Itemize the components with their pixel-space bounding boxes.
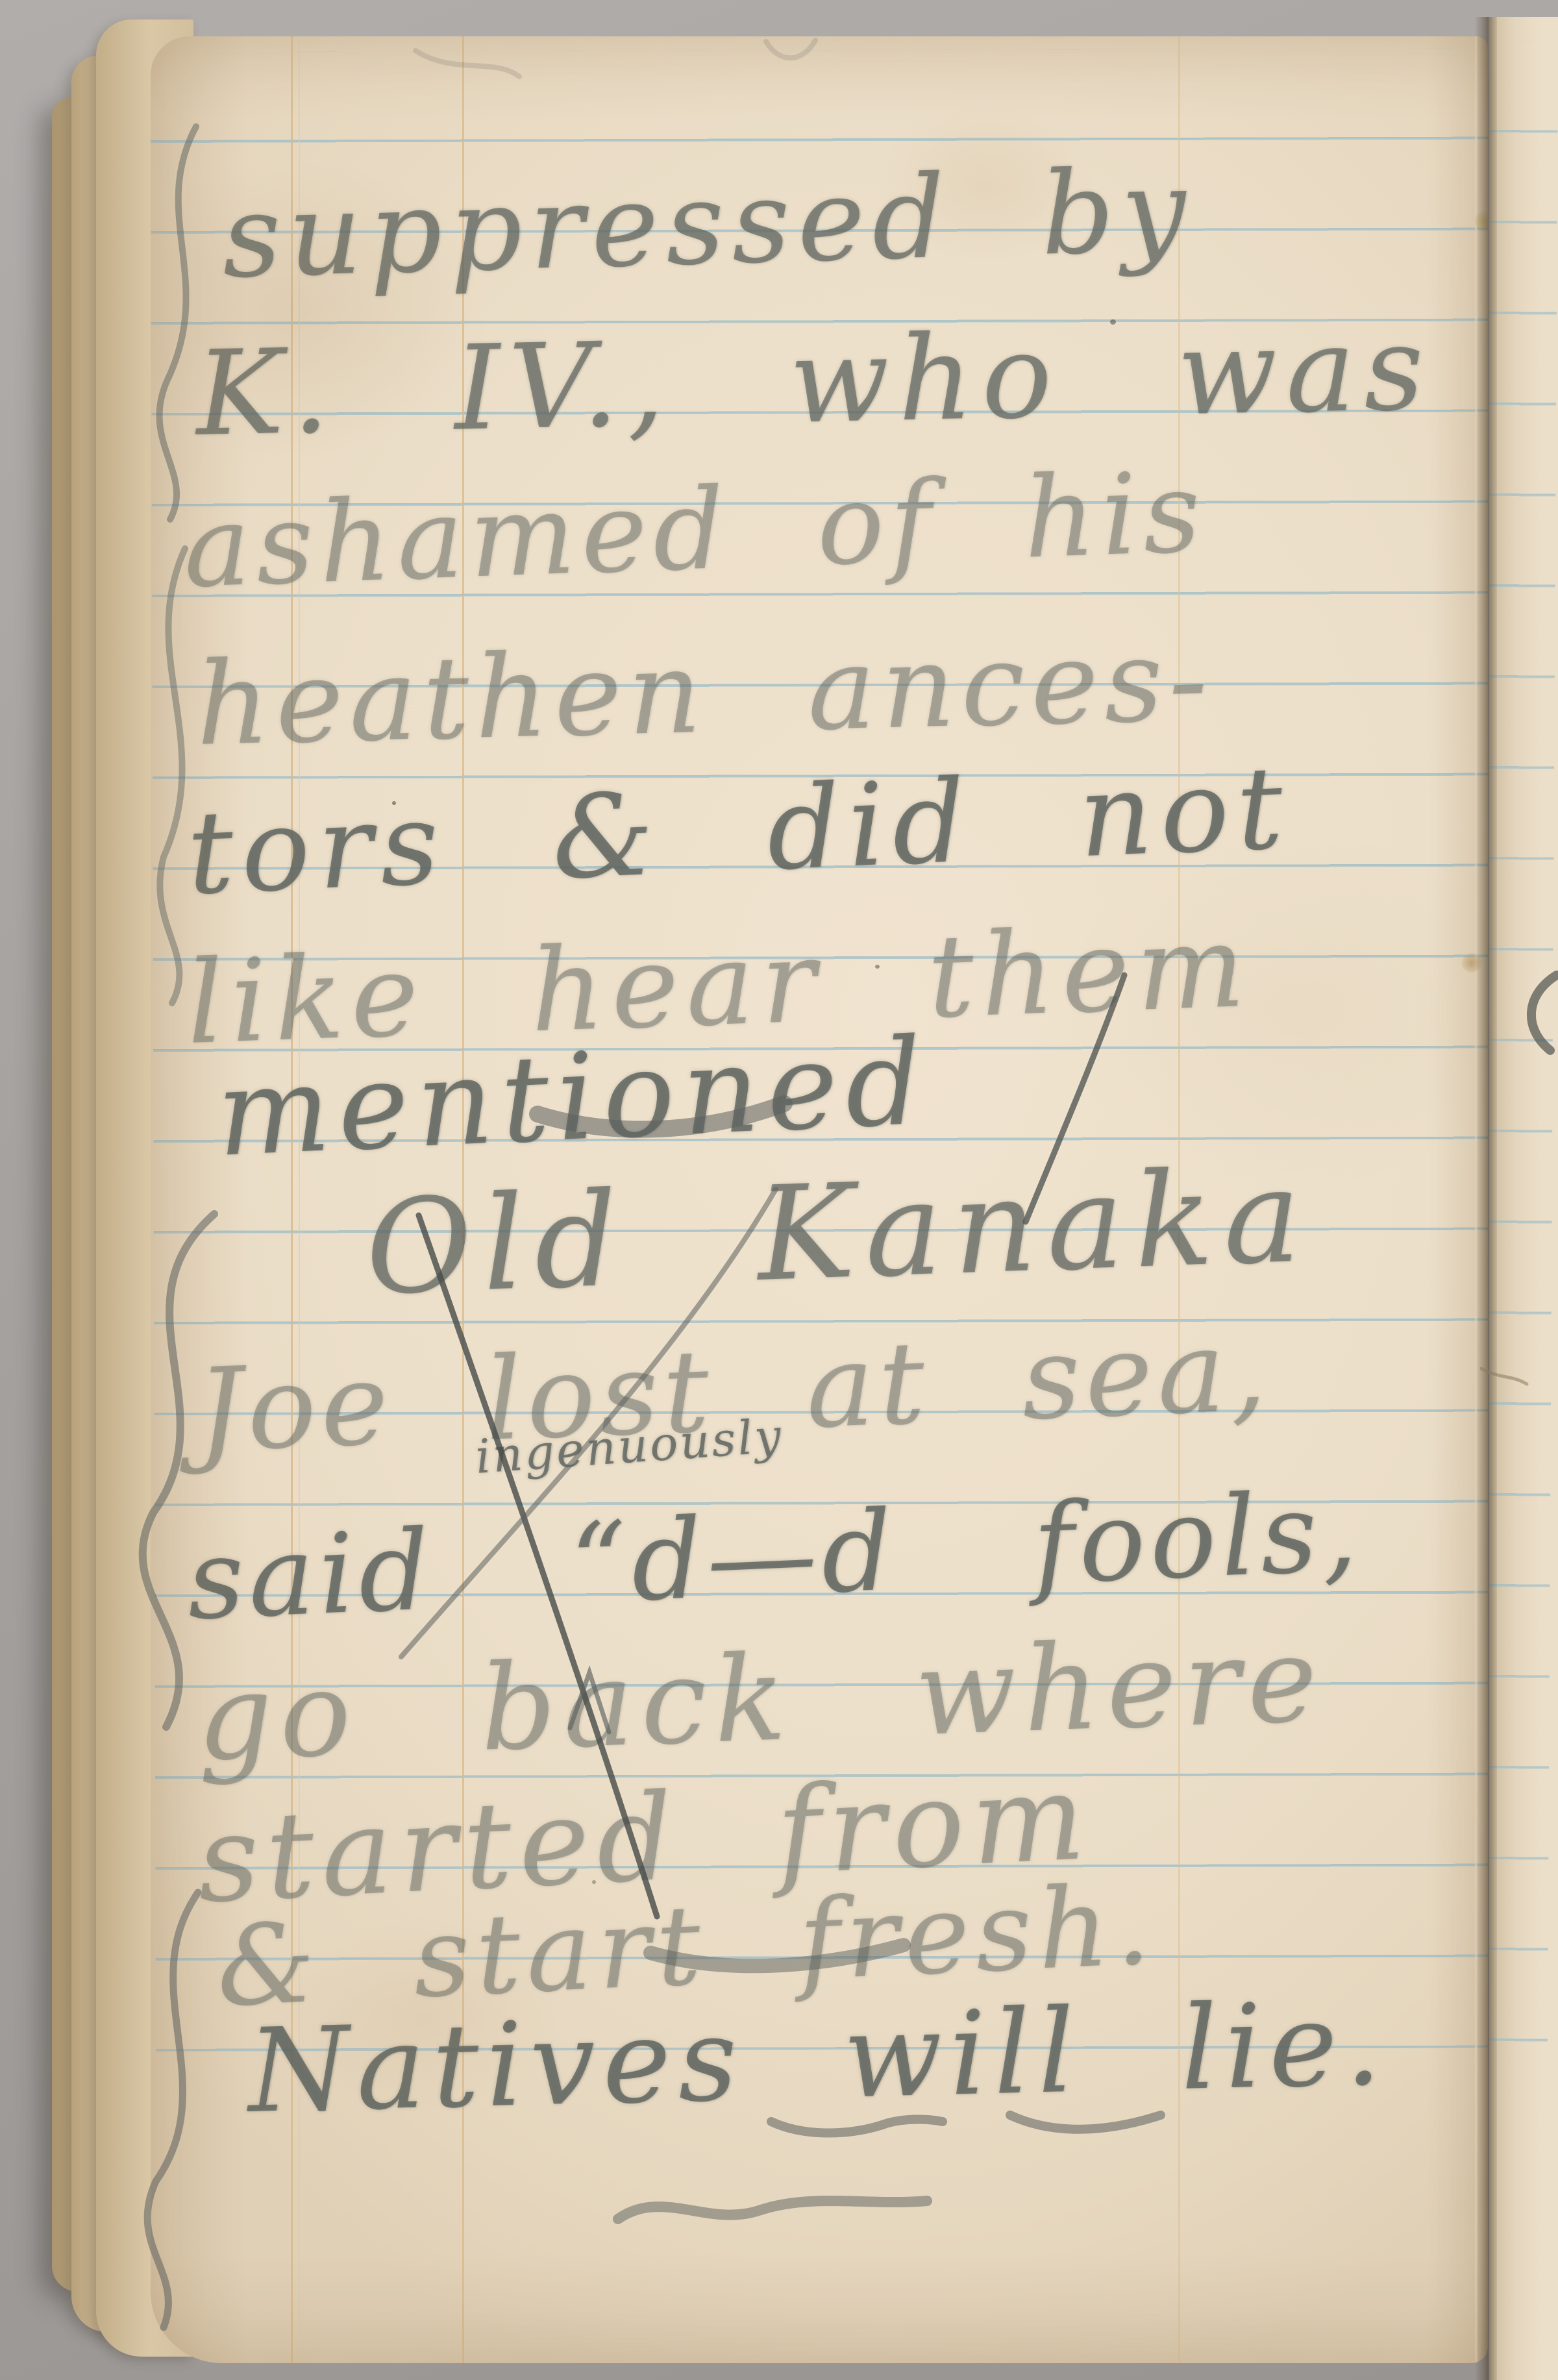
handwritten-line: Natives will lie. xyxy=(247,1986,1389,2129)
adjacent-page-ruled-lines xyxy=(1489,42,1558,2055)
handwritten-line: K. IV., who was xyxy=(195,310,1433,453)
adjacent-page-sliver xyxy=(1489,17,1558,2380)
handwritten-line: Old Kanaka xyxy=(364,1151,1313,1314)
handwritten-line: ashamed of his xyxy=(182,456,1208,604)
brown-stain xyxy=(1461,953,1483,973)
yellow-stain xyxy=(1475,210,1488,232)
handwritten-line: heathen ances- xyxy=(195,623,1215,762)
notebook-page: suppressed by K. IV., who was ashamed of… xyxy=(151,36,1488,2363)
handwritten-line: suppressed by xyxy=(221,153,1194,295)
notebook-scan: suppressed by K. IV., who was ashamed of… xyxy=(0,0,1558,2380)
handwritten-line: mentioned xyxy=(214,1022,932,1174)
